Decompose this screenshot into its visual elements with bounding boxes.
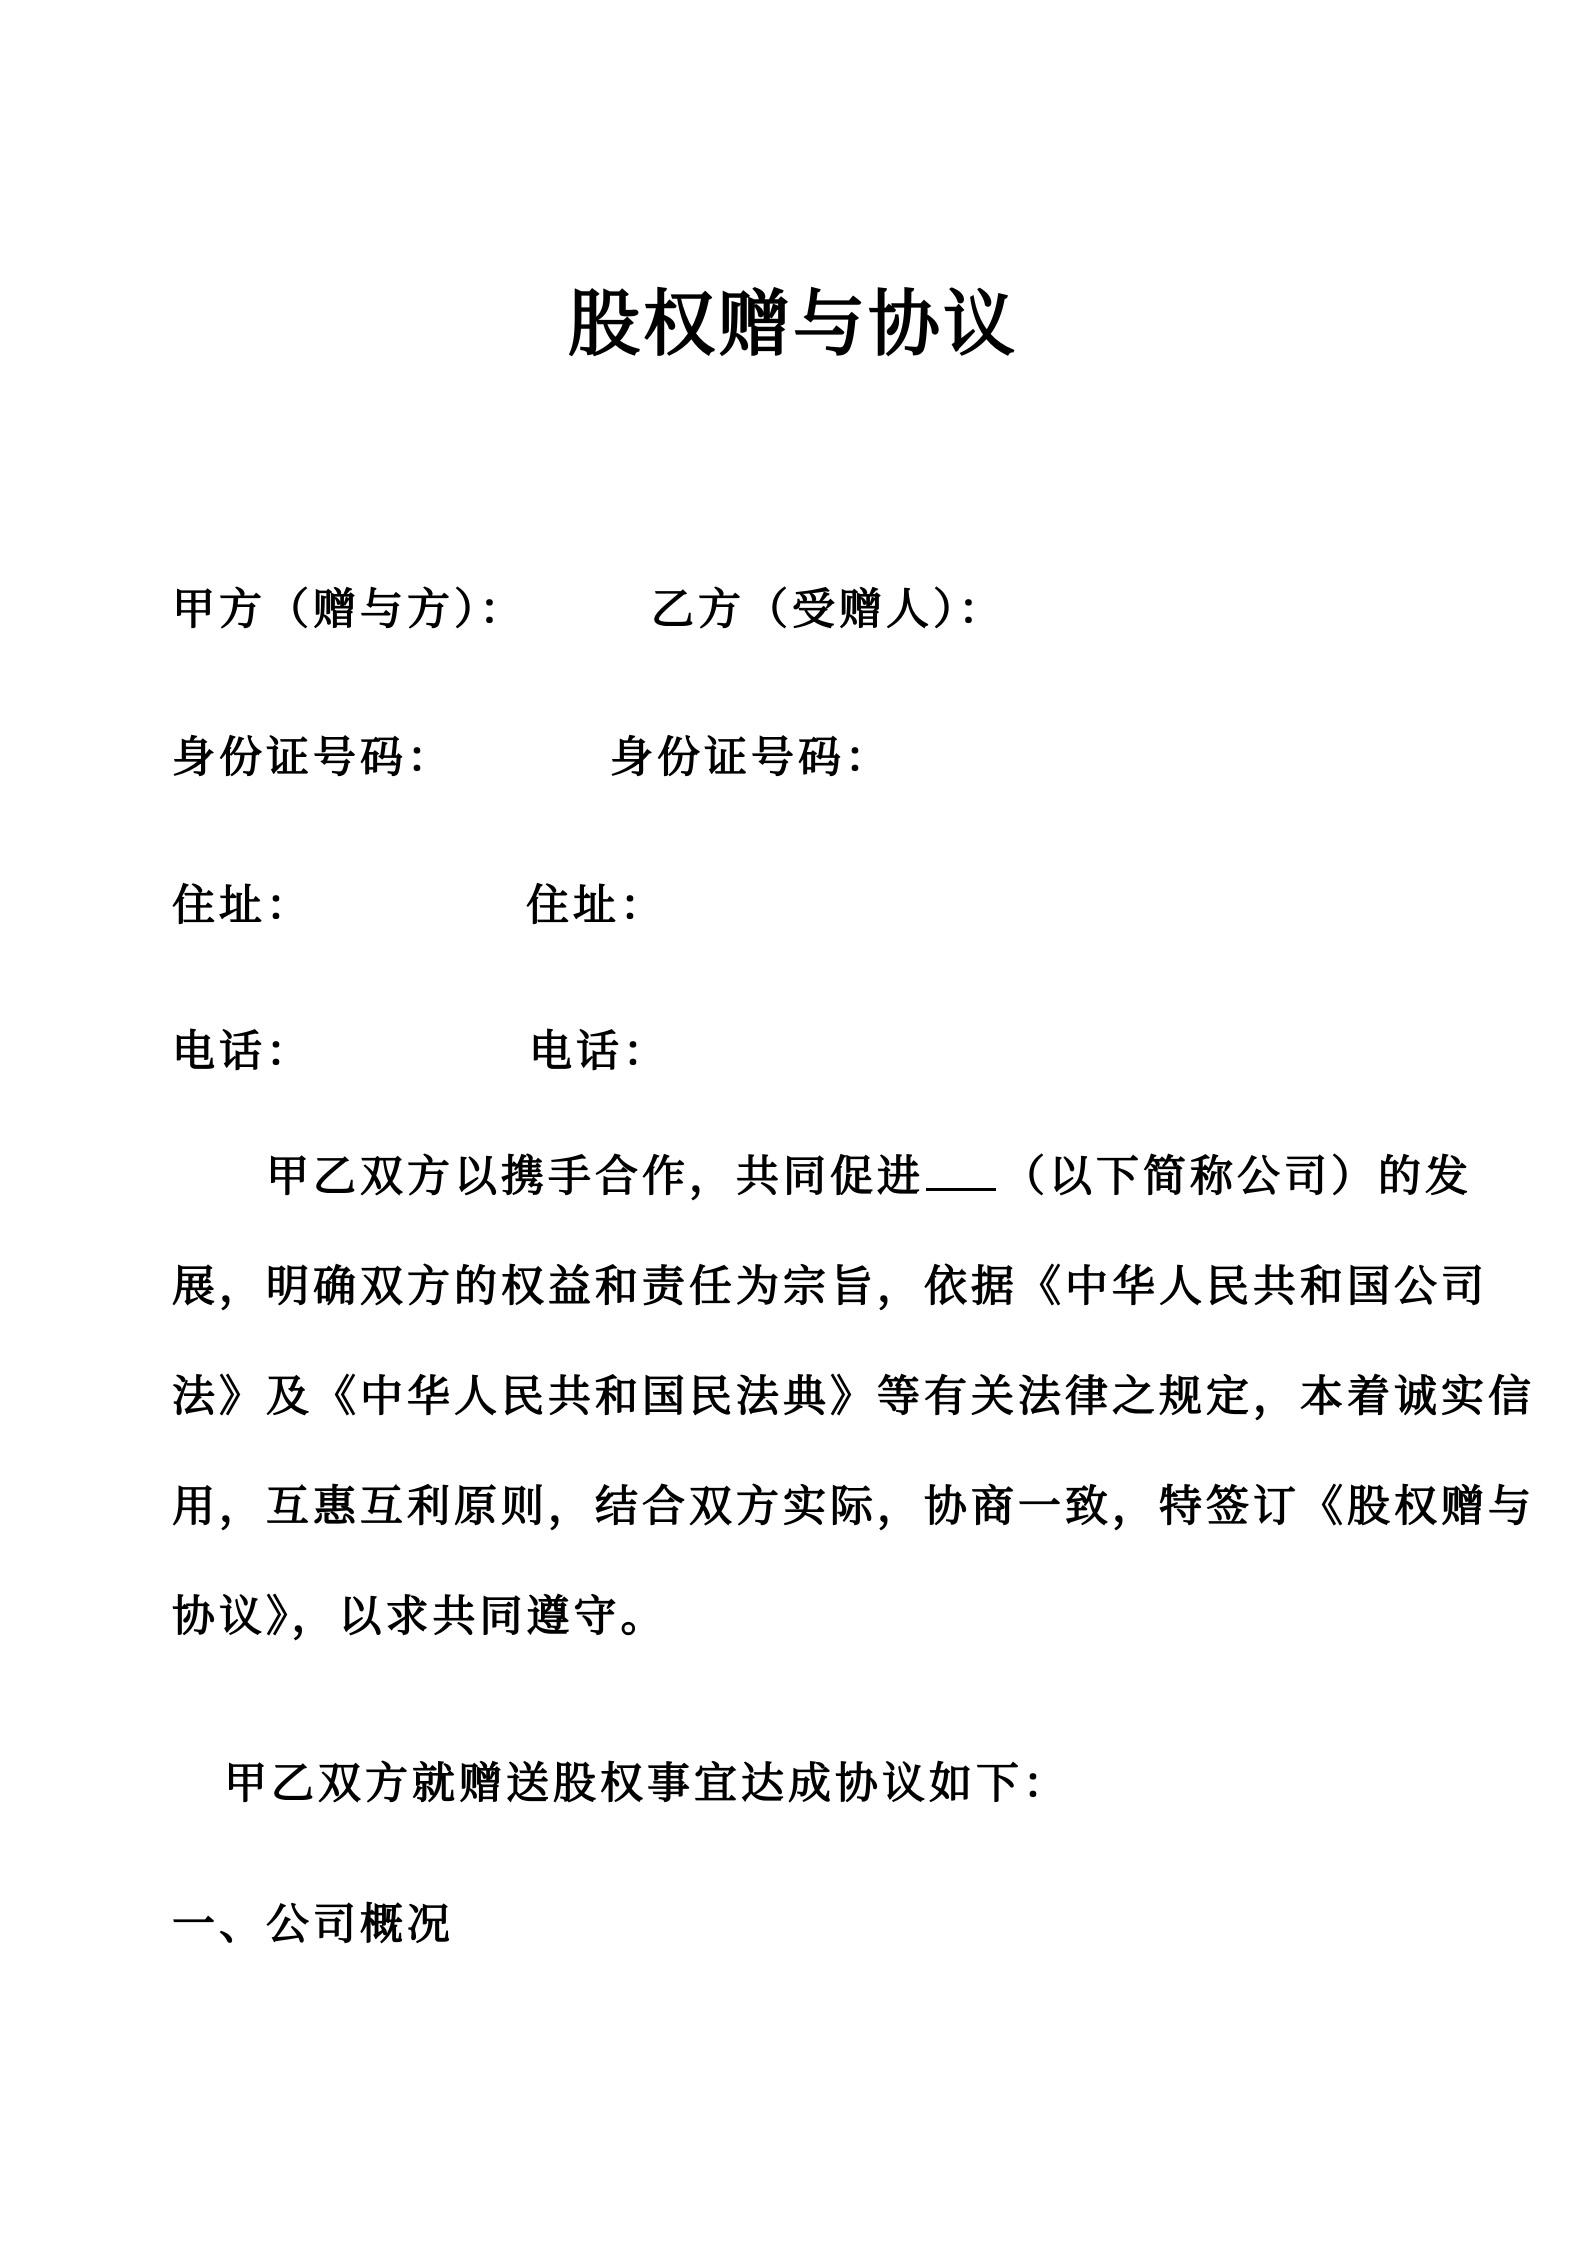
party-a-address-label: 住址： <box>172 872 313 933</box>
party-b-phone-label: 电话： <box>529 1018 670 1079</box>
party-b-id-label: 身份证号码： <box>610 724 892 785</box>
company-name-blank <box>926 1154 996 1191</box>
party-row-id-numbers: 身份证号码： 身份证号码： <box>172 724 1452 774</box>
preamble-line-1: 甲乙双方以携手合作，共同促进（以下简称公司）的发 <box>172 1122 1430 1232</box>
preamble-line-1-after-blank: （以下简称公司）的发 <box>1002 1153 1472 1201</box>
party-row-names: 甲方（赠与方）： 乙方（受赠人）： <box>172 576 1452 626</box>
preamble-line-2: 展，明确双方的权益和责任为宗旨，依据《中华人民共和国公司 <box>172 1232 1430 1342</box>
party-b-address-label: 住址： <box>526 872 667 933</box>
preamble-line-4: 用，互惠互利原则，结合双方实际，协商一致，特签订《股权赠与 <box>172 1452 1430 1562</box>
section-heading-company-overview: 一、公司概况 <box>172 1891 1452 1952</box>
document-page: 股权赠与协议 甲方（赠与方）： 乙方（受赠人）： 身份证号码： 身份证号码： 住… <box>0 0 1586 2244</box>
party-a-phone-label: 电话： <box>172 1018 313 1079</box>
preamble-line-5: 协议》，以求共同遵守。 <box>172 1562 1430 1672</box>
document-title: 股权赠与协议 <box>0 266 1586 370</box>
party-row-addresses: 住址： 住址： <box>172 872 1452 922</box>
preamble-paragraph: 甲乙双方以携手合作，共同促进（以下简称公司）的发 展，明确双方的权益和责任为宗旨… <box>172 1122 1430 1672</box>
preamble-line-3: 法》及《中华人民共和国民法典》等有关法律之规定，本着诚实信 <box>172 1342 1430 1452</box>
party-a-id-label: 身份证号码： <box>172 724 454 785</box>
party-row-phones: 电话： 电话： <box>172 1018 1452 1068</box>
party-a-label: 甲方（赠与方）： <box>172 576 527 637</box>
party-b-label: 乙方（受赠人）： <box>651 576 1006 637</box>
preamble-line-1-before-blank: 甲乙双方以携手合作，共同促进 <box>266 1153 924 1201</box>
agreement-intro-line: 甲乙双方就赠送股权事宜达成协议如下： <box>172 1750 1504 1811</box>
